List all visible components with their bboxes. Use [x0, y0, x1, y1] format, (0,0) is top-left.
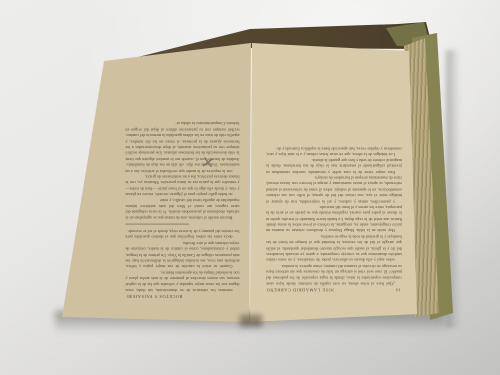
page-number: 15 [127, 293, 131, 299]
body-paragraph: Buscan nacido el cabestro, una de tantas… [125, 196, 239, 219]
pencil-x-mark: ✕ [198, 152, 219, 174]
body-paragraph: mientras los cabestros de su domesticada… [125, 269, 239, 292]
left-page-text: BOCETOS Y PAISAJES 15 mientras los cabes… [125, 49, 239, 298]
right-page-text: 14 JOSE LAMADRID CARREÑO ¿Qué hace el tr… [266, 55, 402, 292]
body-paragraph: Esta mujer viene de la casa noble y enca… [266, 157, 402, 175]
body-paragraph: Cuando se retiró la canción de esa mujer… [125, 239, 239, 268]
body-paragraph: ¿Qué hace el triste ahora, en esta capil… [266, 262, 402, 285]
page-number: 14 [396, 286, 400, 292]
section-divider-rule [125, 223, 189, 224]
body-paragraph: con la esquivez de la madre que certific… [125, 120, 239, 173]
body-paragraph: y pastorcillos, armas y cadetes, y así l… [266, 174, 402, 203]
body-paragraph: Los hidalgos de la ribera, que en otras … [266, 145, 402, 157]
body-paragraph: no había gallo propio para el jilguero c… [125, 173, 239, 196]
gutter-shadow [240, 315, 262, 327]
body-paragraph: sobre aquí y ella dieran su alborozo, po… [266, 233, 402, 262]
running-head-title: BOCETOS Y PAISAJES [129, 293, 183, 299]
body-paragraph: Hay ruido en la falda. Braga Dejosos y d… [266, 204, 402, 233]
running-head-title: JOSE LAMADRID CARREÑO [266, 286, 334, 292]
body-paragraph: decía entre las nubes bogotillas que el … [125, 228, 239, 240]
photo-of-open-book: BOCETOS Y PAISAJES 15 mientras los cabes… [0, 0, 500, 375]
